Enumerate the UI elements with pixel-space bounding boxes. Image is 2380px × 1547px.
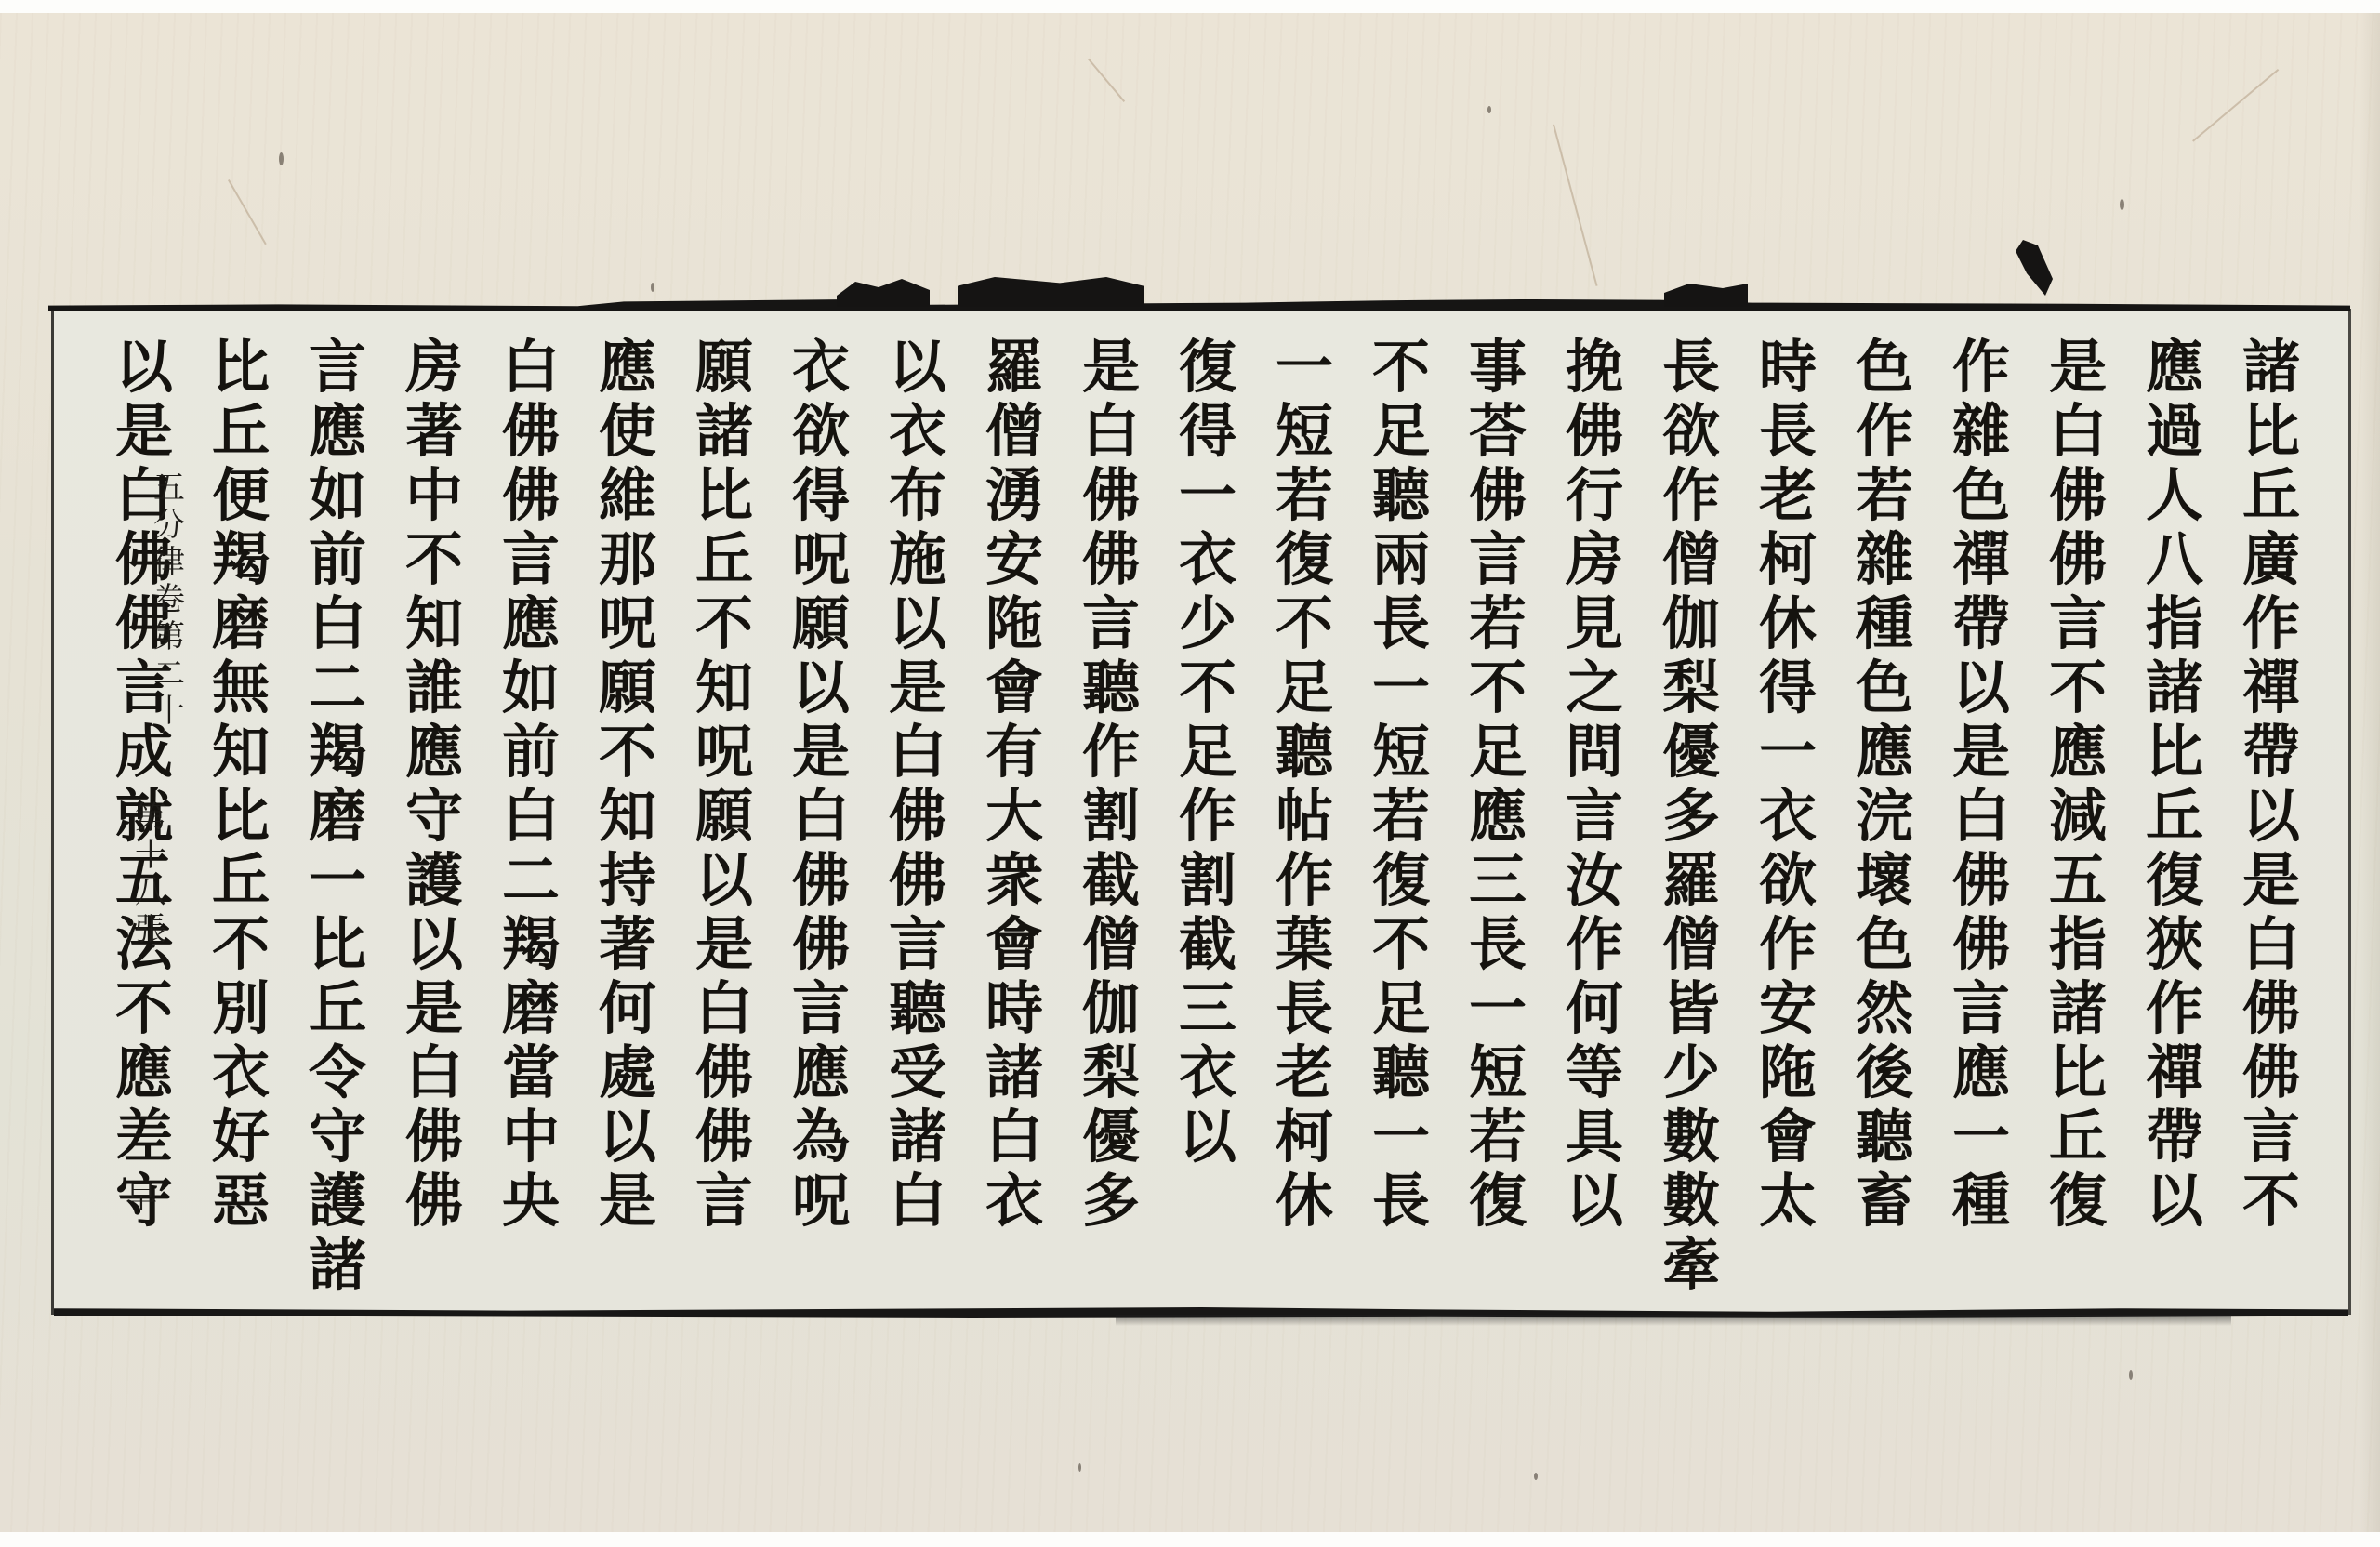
glyph: 帶 (2229, 720, 2313, 784)
glyph: 佛 (1939, 912, 2023, 976)
glyph: 無 (199, 655, 283, 720)
glyph: 八 (2133, 527, 2216, 591)
glyph: 諸 (876, 1104, 959, 1169)
text-column: 房著中不知誰應守護以是白佛佛 (390, 335, 479, 1233)
glyph: 長 (1456, 912, 1540, 976)
glyph: 不 (102, 976, 186, 1040)
glyph: 那 (586, 527, 669, 591)
text-column: 色作若雜種色應浣壞色然後聽畜 (1840, 335, 1929, 1233)
glyph: 中 (489, 1104, 573, 1169)
glyph: 安 (972, 527, 1056, 591)
glyph: 伽 (1649, 591, 1733, 655)
glyph: 一 (296, 848, 379, 912)
glyph: 老 (1746, 463, 1830, 527)
glyph: 色 (1843, 912, 1926, 976)
glyph: 比 (199, 784, 283, 848)
glyph: 不 (1359, 335, 1443, 399)
paper-edge-shadow (2360, 13, 2380, 1532)
text-column: 衣欲得呪願以是白佛佛言應為呪 (776, 335, 866, 1233)
glyph: 守 (392, 784, 476, 848)
glyph: 數 (1649, 1169, 1733, 1233)
glyph: 一 (1359, 1104, 1443, 1169)
glyph: 帶 (2133, 1104, 2216, 1169)
glyph: 是 (102, 399, 186, 463)
glyph: 柯 (1746, 527, 1830, 591)
glyph: 得 (779, 463, 863, 527)
glyph: 佛 (2036, 527, 2120, 591)
glyph: 丘 (2036, 1104, 2120, 1169)
glyph: 陁 (1746, 1040, 1830, 1104)
glyph: 色 (1843, 655, 1926, 720)
glyph: 一 (1166, 463, 1249, 527)
glyph: 時 (972, 976, 1056, 1040)
glyph: 不 (682, 591, 766, 655)
glyph: 佛 (2229, 1040, 2313, 1104)
glyph: 是 (2229, 848, 2313, 912)
paper-fleck (651, 283, 654, 292)
margin-glyph: 分 (149, 507, 190, 544)
glyph: 何 (586, 976, 669, 1040)
glyph: 帖 (1263, 784, 1346, 848)
glyph: 具 (1553, 1104, 1636, 1169)
glyph: 護 (392, 848, 476, 912)
glyph: 衣 (199, 1040, 283, 1104)
glyph: 一 (1359, 655, 1443, 720)
glyph: 作 (1069, 720, 1153, 784)
margin-glyph: 第 (149, 618, 190, 655)
glyph: 諸 (682, 399, 766, 463)
glyph: 浣 (1843, 784, 1926, 848)
margin-glyph: 早 (121, 1179, 162, 1216)
glyph: 葉 (1263, 912, 1346, 976)
margin-glyph: 律 (149, 544, 190, 581)
glyph: 長 (1649, 335, 1733, 399)
glyph: 太 (1746, 1169, 1830, 1233)
glyph: 指 (2133, 591, 2216, 655)
glyph: 央 (489, 1169, 573, 1233)
glyph: 誰 (392, 655, 476, 720)
glyph: 佛 (682, 1040, 766, 1104)
glyph: 言 (682, 1169, 766, 1233)
glyph: 羯 (296, 720, 379, 784)
glyph: 言 (2229, 1104, 2313, 1169)
glyph: 願 (779, 591, 863, 655)
glyph: 比 (2133, 720, 2216, 784)
glyph: 房 (1553, 527, 1636, 591)
glyph: 截 (1069, 848, 1153, 912)
glyph: 呪 (779, 1169, 863, 1233)
glyph: 欲 (779, 399, 863, 463)
glyph: 見 (1553, 591, 1636, 655)
glyph: 時 (1746, 335, 1830, 399)
glyph: 皆 (1649, 976, 1733, 1040)
margin-title: 五分律卷第二十 (149, 469, 190, 730)
glyph: 願 (682, 784, 766, 848)
glyph: 僧 (972, 399, 1056, 463)
text-column: 以衣布施以是白佛佛言聽受諸白 (873, 335, 962, 1233)
glyph: 足 (1166, 720, 1249, 784)
glyph: 復 (1166, 335, 1249, 399)
glyph: 受 (876, 1040, 959, 1104)
glyph: 聽 (1359, 463, 1443, 527)
glyph: 呪 (682, 720, 766, 784)
glyph: 白 (1939, 784, 2023, 848)
glyph: 然 (1843, 976, 1926, 1040)
glyph: 聽 (1843, 1104, 1926, 1169)
paper-fiber (1553, 124, 1598, 285)
glyph: 衆 (972, 848, 1056, 912)
glyph: 衣 (1166, 1040, 1249, 1104)
glyph: 僧 (1069, 912, 1153, 976)
glyph: 休 (1263, 1169, 1346, 1233)
text-column: 比丘便羯磨無知比丘不別衣好惡 (196, 335, 285, 1233)
glyph: 不 (392, 527, 476, 591)
glyph: 以 (876, 591, 959, 655)
glyph: 復 (2133, 848, 2216, 912)
glyph: 梨 (1069, 1040, 1153, 1104)
glyph: 應 (586, 335, 669, 399)
glyph: 短 (1456, 1040, 1540, 1104)
glyph: 作 (1553, 912, 1636, 976)
glyph: 過 (2133, 399, 2216, 463)
glyph: 會 (1746, 1104, 1830, 1169)
glyph: 言 (1553, 784, 1636, 848)
glyph: 事 (1456, 335, 1540, 399)
glyph: 聽 (1263, 720, 1346, 784)
text-column: 不足聽兩長一短若復不足聽一長 (1356, 335, 1446, 1233)
glyph: 佛 (489, 399, 573, 463)
glyph: 願 (586, 655, 669, 720)
glyph: 佛 (1553, 399, 1636, 463)
glyph: 磨 (199, 591, 283, 655)
glyph: 丘 (2133, 784, 2216, 848)
glyph: 優 (1649, 720, 1733, 784)
glyph: 禪 (2229, 655, 2313, 720)
glyph: 守 (296, 1104, 379, 1169)
glyph: 言 (1939, 976, 2023, 1040)
glyph: 言 (876, 912, 959, 976)
glyph: 應 (102, 1040, 186, 1104)
glyph: 作 (1649, 463, 1733, 527)
glyph: 二 (296, 655, 379, 720)
glyph: 不 (1456, 655, 1540, 720)
glyph: 白 (682, 976, 766, 1040)
glyph: 應 (2133, 335, 2216, 399)
glyph: 壞 (1843, 848, 1926, 912)
glyph: 之 (1553, 655, 1636, 720)
glyph: 衣 (972, 1169, 1056, 1233)
glyph: 白 (2229, 912, 2313, 976)
glyph: 是 (1939, 720, 2023, 784)
glyph: 若 (1263, 463, 1346, 527)
glyph: 何 (1553, 976, 1636, 1040)
glyph: 知 (586, 784, 669, 848)
glyph: 人 (2133, 463, 2216, 527)
margin-glyph: 卷 (149, 581, 190, 618)
margin-glyph: 八 (130, 874, 171, 911)
glyph: 言 (1456, 527, 1540, 591)
glyph: 白 (876, 720, 959, 784)
glyph: 差 (102, 1104, 186, 1169)
paper-fleck (2120, 199, 2124, 210)
glyph: 白 (972, 1104, 1056, 1169)
glyph: 是 (682, 912, 766, 976)
glyph: 白 (2036, 399, 2120, 463)
paper-fiber (1088, 59, 1125, 102)
glyph: 丘 (682, 527, 766, 591)
glyph: 汝 (1553, 848, 1636, 912)
glyph: 禪 (2133, 1040, 2216, 1104)
glyph: 丘 (2229, 463, 2313, 527)
glyph: 諸 (2133, 655, 2216, 720)
glyph: 若 (1456, 1104, 1540, 1169)
glyph: 伽 (1069, 976, 1153, 1040)
glyph: 復 (2036, 1169, 2120, 1233)
glyph: 比 (682, 463, 766, 527)
margin-glyph: 十 (130, 837, 171, 874)
glyph: 佛 (876, 848, 959, 912)
glyph: 不 (2229, 1169, 2313, 1233)
text-column: 願諸比丘不知呪願以是白佛佛言 (680, 335, 769, 1233)
glyph: 不 (1166, 655, 1249, 720)
glyph: 願 (682, 335, 766, 399)
glyph: 問 (1553, 720, 1636, 784)
glyph: 得 (1166, 399, 1249, 463)
glyph: 前 (296, 527, 379, 591)
glyph: 諸 (972, 1040, 1056, 1104)
glyph: 復 (1263, 527, 1346, 591)
glyph: 佛 (392, 1169, 476, 1233)
glyph: 作 (1166, 784, 1249, 848)
glyph: 三 (1456, 848, 1540, 912)
glyph: 一 (1939, 1104, 2023, 1169)
paper-fiber (2192, 69, 2279, 142)
glyph: 佛 (876, 784, 959, 848)
glyph: 磨 (296, 784, 379, 848)
margin-page-number: 第十八張 (130, 800, 171, 948)
glyph: 當 (489, 1040, 573, 1104)
glyph: 若 (1456, 591, 1540, 655)
glyph: 如 (489, 655, 573, 720)
text-column: 是白佛佛言不應減五指諸比丘復 (2033, 335, 2122, 1233)
glyph: 白 (489, 784, 573, 848)
glyph: 比 (199, 335, 283, 399)
glyph: 應 (296, 399, 379, 463)
glyph: 比 (2036, 1040, 2120, 1104)
glyph: 聽 (1069, 655, 1153, 720)
glyph: 湧 (972, 463, 1056, 527)
glyph: 以 (682, 848, 766, 912)
text-column: 言應如前白二羯磨一比丘令守護諸 (293, 335, 382, 1297)
glyph: 持 (586, 848, 669, 912)
glyph: 以 (392, 912, 476, 976)
glyph: 僧 (1649, 527, 1733, 591)
glyph: 佛 (2036, 463, 2120, 527)
glyph: 白 (296, 591, 379, 655)
glyph: 多 (1649, 784, 1733, 848)
glyph: 畜 (1843, 1169, 1926, 1233)
glyph: 佛 (392, 1104, 476, 1169)
glyph: 應 (392, 720, 476, 784)
glyph: 不 (1359, 912, 1443, 976)
glyph: 諸 (296, 1233, 379, 1297)
glyph: 二 (489, 848, 573, 912)
glyph: 種 (1843, 591, 1926, 655)
glyph: 維 (586, 463, 669, 527)
glyph: 短 (1263, 399, 1346, 463)
margin-glyph: 第 (130, 800, 171, 837)
glyph: 別 (199, 976, 283, 1040)
glyph: 比 (2229, 399, 2313, 463)
glyph: 處 (586, 1040, 669, 1104)
glyph: 行 (1553, 463, 1636, 527)
glyph: 作 (2229, 591, 2313, 655)
glyph: 兩 (1359, 527, 1443, 591)
glyph: 色 (1939, 463, 2023, 527)
glyph: 復 (1456, 1169, 1540, 1233)
margin-glyph: 十 (149, 693, 190, 730)
glyph: 帶 (1939, 591, 2023, 655)
glyph: 一 (1746, 720, 1830, 784)
glyph: 佛 (1069, 527, 1153, 591)
glyph: 狹 (2133, 912, 2216, 976)
glyph: 是 (876, 655, 959, 720)
glyph: 長 (1359, 591, 1443, 655)
glyph: 會 (972, 655, 1056, 720)
glyph: 會 (972, 912, 1056, 976)
glyph: 復 (1359, 848, 1443, 912)
glyph: 老 (1263, 1040, 1346, 1104)
margin-glyph: 張 (130, 911, 171, 948)
glyph: 佛 (489, 463, 573, 527)
glyph: 作 (1939, 335, 2023, 399)
glyph: 前 (489, 720, 573, 784)
glyph: 以 (1939, 655, 2023, 720)
glyph: 種 (1939, 1169, 2023, 1233)
paper-fiber (228, 179, 267, 245)
glyph: 房 (392, 335, 476, 399)
glyph: 梨 (1649, 655, 1733, 720)
glyph: 聽 (876, 976, 959, 1040)
glyph: 減 (2036, 784, 2120, 848)
glyph: 足 (1456, 720, 1540, 784)
glyph: 不 (2036, 655, 2120, 720)
glyph: 佛 (2229, 976, 2313, 1040)
glyph: 是 (2036, 335, 2120, 399)
text-column: 一短若復不足聽帖作葉長老柯休 (1260, 335, 1349, 1233)
glyph: 言 (2036, 591, 2120, 655)
glyph: 長 (1359, 1169, 1443, 1233)
glyph: 磨 (489, 976, 573, 1040)
glyph: 羅 (1649, 848, 1733, 912)
glyph: 雜 (1939, 399, 2023, 463)
glyph: 以 (1166, 1104, 1249, 1169)
glyph: 羅 (972, 335, 1056, 399)
glyph: 長 (1746, 399, 1830, 463)
paper-fleck (279, 152, 284, 165)
text-column: 作雜色禪帶以是白佛佛言應一種 (1937, 335, 2026, 1233)
glyph: 多 (1069, 1169, 1153, 1233)
paper-fleck (1534, 1473, 1538, 1480)
text-column: 挽佛行房見之問言汝作何等具以 (1550, 335, 1639, 1233)
glyph: 後 (1843, 1040, 1926, 1104)
glyph: 衣 (779, 335, 863, 399)
glyph: 截 (1166, 912, 1249, 976)
glyph: 以 (102, 335, 186, 399)
glyph: 衣 (876, 399, 959, 463)
glyph: 不 (586, 720, 669, 784)
glyph: 應 (1843, 720, 1926, 784)
glyph: 廣 (2229, 527, 2313, 591)
glyph: 應 (489, 591, 573, 655)
glyph: 作 (1843, 399, 1926, 463)
glyph: 應 (1456, 784, 1540, 848)
glyph: 短 (1359, 720, 1443, 784)
glyph: 足 (1359, 976, 1443, 1040)
glyph: 指 (2036, 912, 2120, 976)
glyph: 呪 (586, 591, 669, 655)
glyph: 知 (682, 655, 766, 720)
glyph: 好 (199, 1104, 283, 1169)
glyph: 三 (1166, 976, 1249, 1040)
glyph: 衣 (1166, 527, 1249, 591)
glyph: 大 (972, 784, 1056, 848)
glyph: 柯 (1263, 1104, 1346, 1169)
glyph: 是 (779, 720, 863, 784)
glyph: 欲 (1649, 399, 1733, 463)
glyph: 著 (392, 399, 476, 463)
glyph: 應 (779, 1040, 863, 1104)
glyph: 欲 (1746, 848, 1830, 912)
glyph: 佛 (1939, 848, 2023, 912)
glyph: 僧 (1649, 912, 1733, 976)
glyph: 布 (876, 463, 959, 527)
glyph: 白 (1069, 399, 1153, 463)
glyph: 佛 (779, 912, 863, 976)
text-column: 長欲作僧伽梨優多羅僧皆少數數牽 (1646, 335, 1736, 1297)
glyph: 言 (489, 527, 573, 591)
glyph: 割 (1166, 848, 1249, 912)
margin-glyph: 五 (149, 469, 190, 507)
glyph: 如 (296, 463, 379, 527)
paper-fleck (1078, 1463, 1081, 1472)
glyph: 作 (1263, 848, 1346, 912)
glyph: 休 (1746, 591, 1830, 655)
glyph: 白 (779, 784, 863, 848)
glyph: 少 (1649, 1040, 1733, 1104)
glyph: 丘 (199, 848, 283, 912)
paper-fleck (2129, 1370, 2133, 1380)
glyph: 長 (1263, 976, 1346, 1040)
glyph: 使 (586, 399, 669, 463)
text-column: 羅僧湧安陁會有大衆會時諸白衣 (970, 335, 1059, 1233)
glyph: 以 (2229, 784, 2313, 848)
text-column: 復得一衣少不足作割截三衣以 (1163, 335, 1252, 1169)
glyph: 以 (1553, 1169, 1636, 1233)
glyph: 應 (2036, 720, 2120, 784)
glyph: 割 (1069, 784, 1153, 848)
glyph: 等 (1553, 1040, 1636, 1104)
glyph: 安 (1746, 976, 1830, 1040)
glyph: 白 (876, 1169, 959, 1233)
glyph: 著 (586, 912, 669, 976)
glyph: 牽 (1649, 1233, 1733, 1297)
text-column: 時長老柯休得一衣欲作安陁會太 (1743, 335, 1832, 1233)
glyph: 荅 (1456, 399, 1540, 463)
glyph: 一 (1263, 335, 1346, 399)
glyph: 雜 (1843, 527, 1926, 591)
glyph: 言 (779, 976, 863, 1040)
